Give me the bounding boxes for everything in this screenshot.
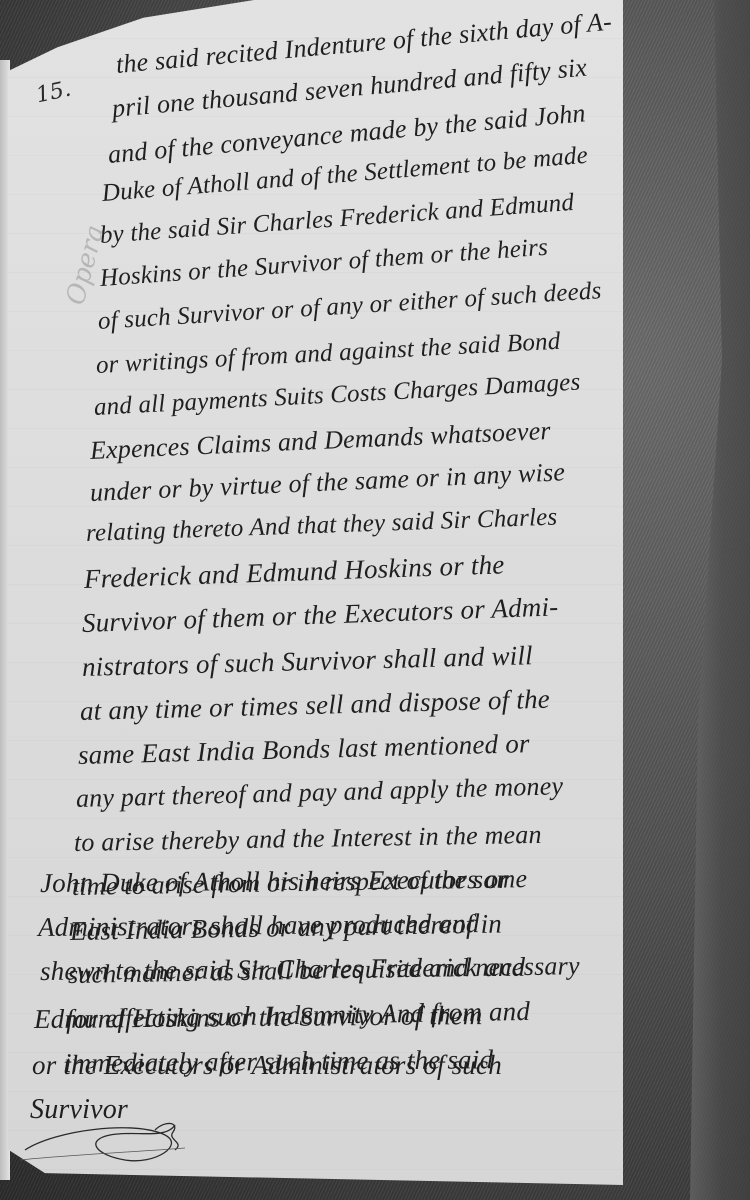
text-line: or the Executors or Administrators of su… (32, 1050, 502, 1081)
text-line: shewn to the said Sir Charles Frederick … (40, 952, 526, 987)
text-line: John Duke of Atholl his heirs Executors … (40, 864, 509, 899)
closing-flourish-icon (15, 1110, 215, 1170)
text-line: Edmund Hoskins or the Survivor of them (34, 1000, 483, 1035)
text-line: Administrators shall have produced and (38, 908, 480, 943)
